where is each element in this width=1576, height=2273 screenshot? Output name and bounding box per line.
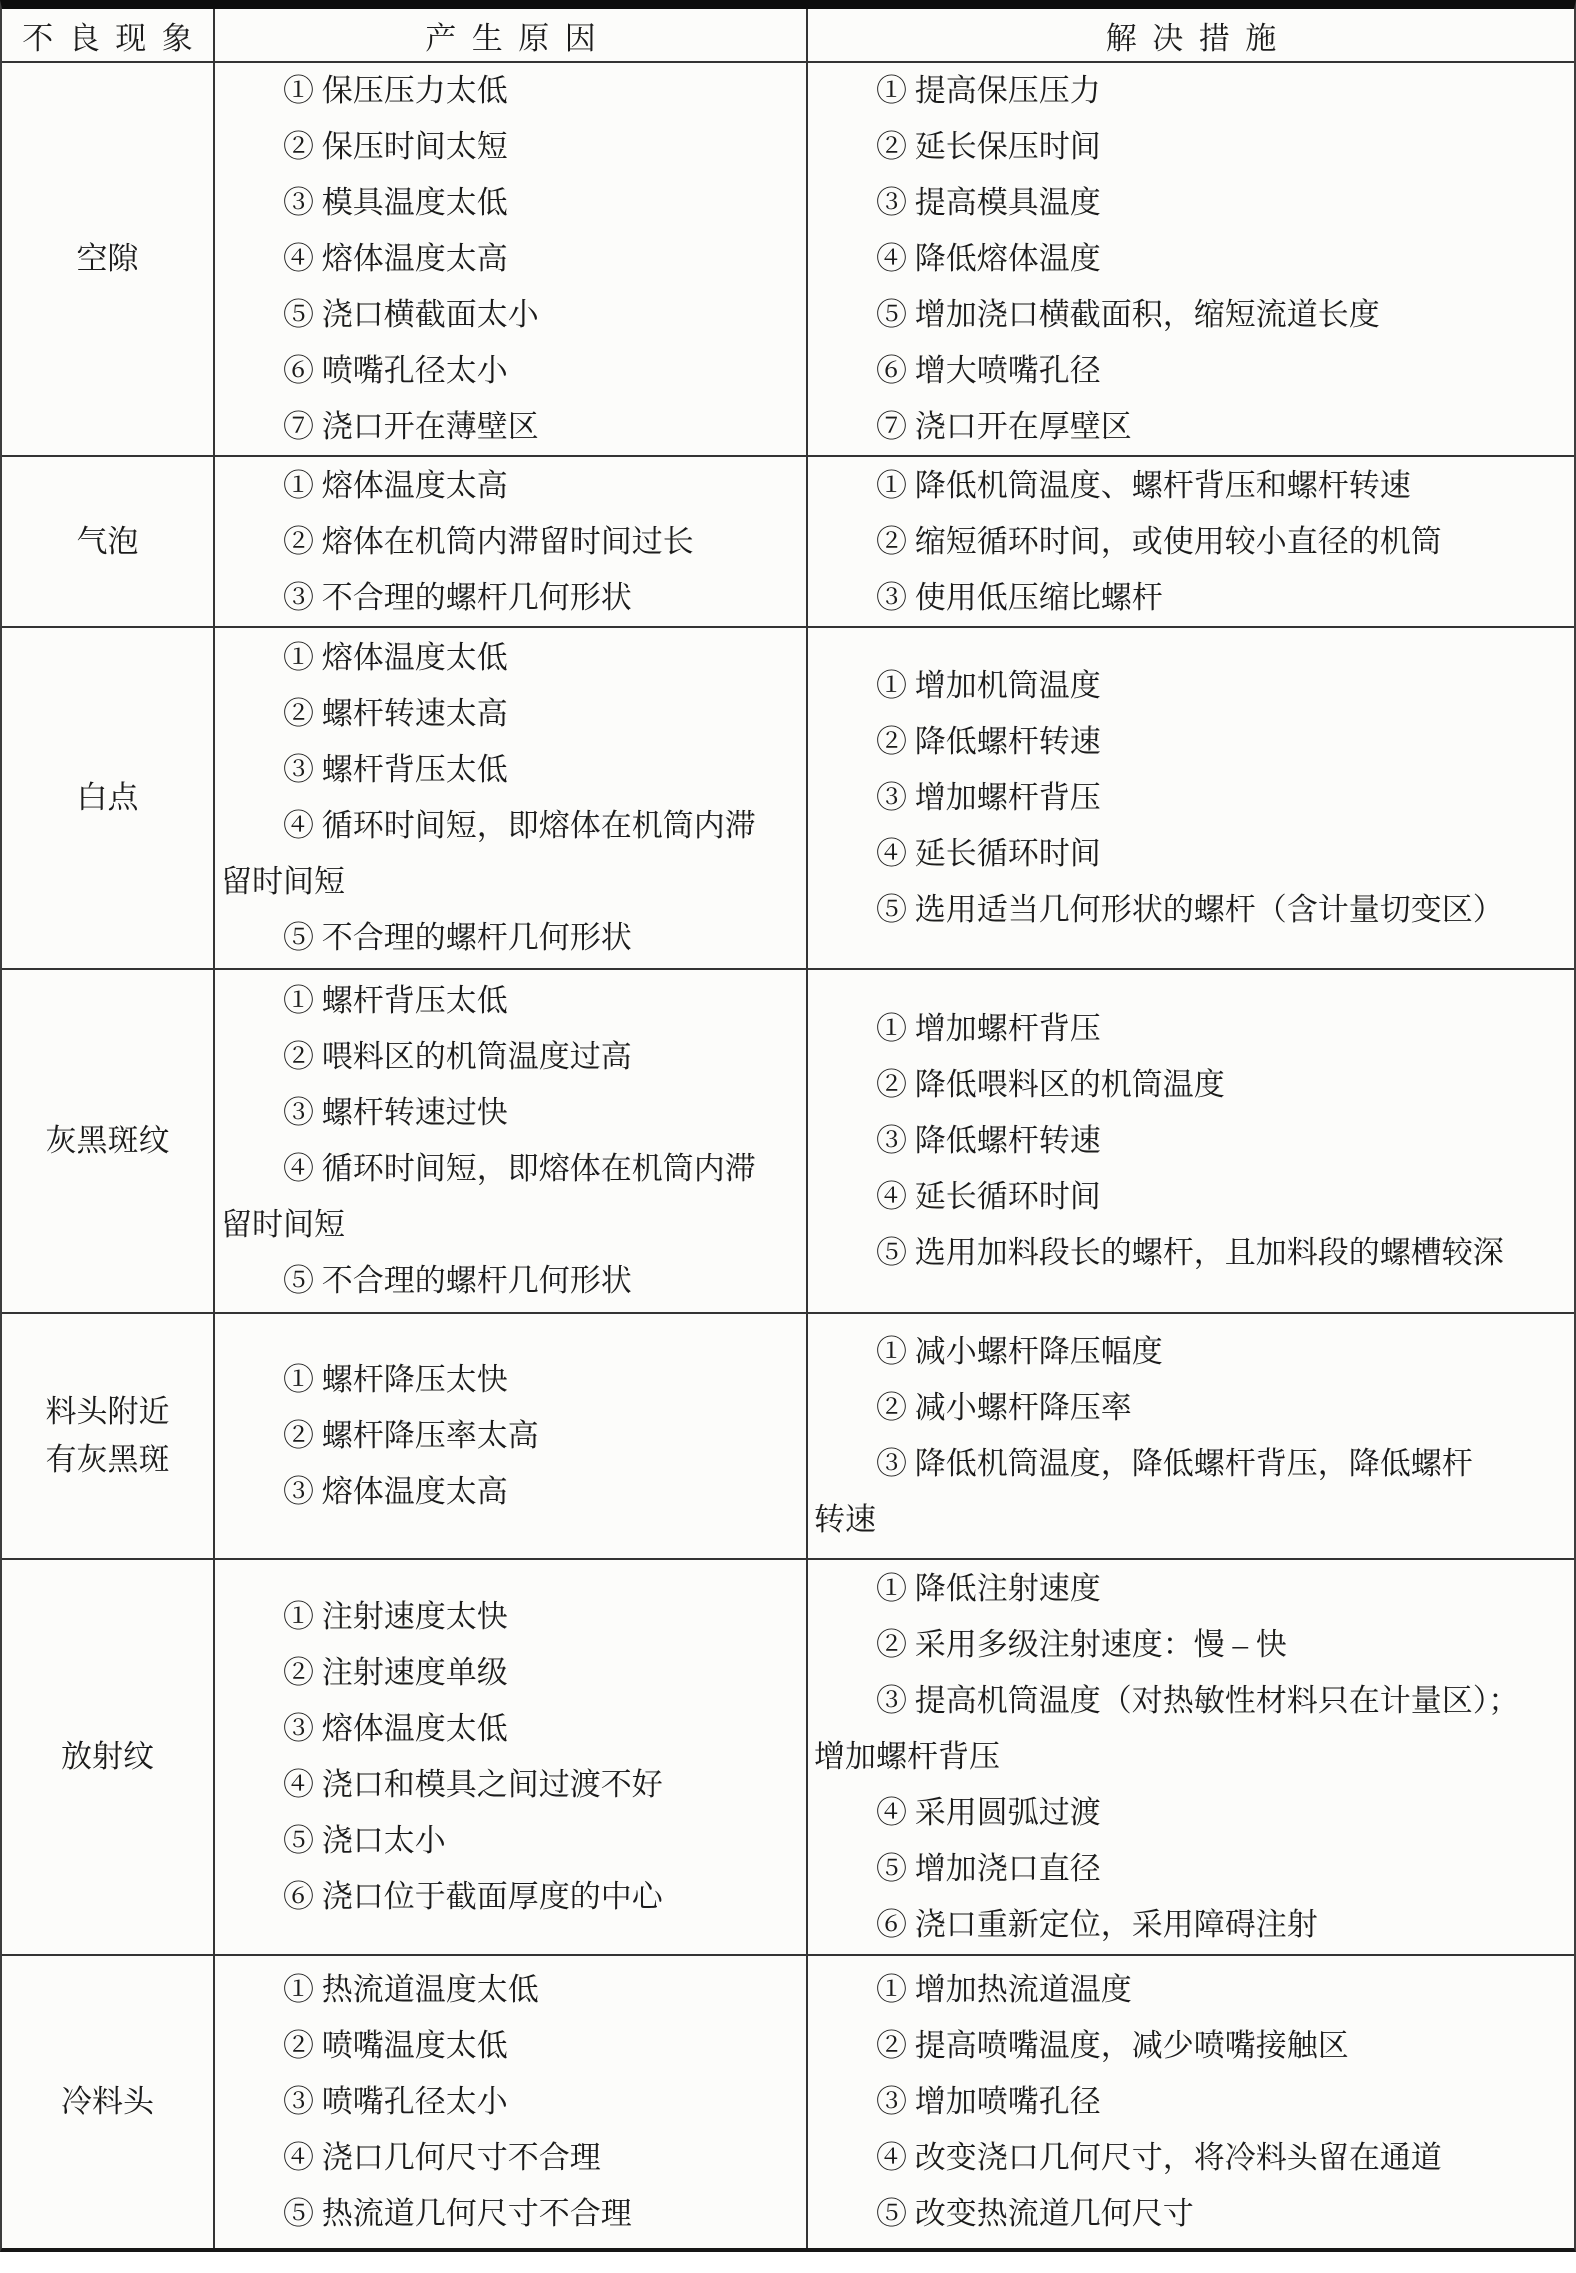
solutions-cell: ① 提高保压压力② 延长保压时间③ 提高模具温度④ 降低熔体温度⑤ 增加浇口横截… bbox=[808, 63, 1574, 457]
cause-item: ① 保压压力太低 bbox=[221, 63, 800, 119]
cause-item: ④ 浇口和模具之间过渡不好 bbox=[221, 1757, 800, 1813]
scanned-page: 不良现象 产生原因 解决措施 空隙 ① 保压压力太低② 保压时间太短③ 模具温度… bbox=[0, 0, 1576, 2252]
solution-item: ④ 延长循环时间 bbox=[814, 826, 1568, 882]
solutions-list: ① 提高保压压力② 延长保压时间③ 提高模具温度④ 降低熔体温度⑤ 增加浇口横截… bbox=[808, 63, 1574, 455]
cause-item: ⑦ 浇口开在薄壁区 bbox=[221, 399, 800, 455]
solution-item: ② 缩短循环时间，或使用较小直径的机筒 bbox=[814, 514, 1568, 570]
causes-cell: ① 螺杆背压太低② 喂料区的机筒温度过高③ 螺杆转速过快④ 循环时间短，即熔体在… bbox=[215, 970, 808, 1314]
solution-item: ⑤ 改变热流道几何尺寸 bbox=[814, 2186, 1568, 2242]
phenomenon-cell: 冷料头 bbox=[2, 1956, 215, 2248]
phenomenon-cell: 气泡 bbox=[2, 457, 215, 628]
header-cause-label: 产生原因 bbox=[410, 13, 612, 58]
solutions-cell: ① 增加螺杆背压② 降低喂料区的机筒温度③ 降低螺杆转速④ 延长循环时间⑤ 选用… bbox=[808, 970, 1574, 1314]
causes-cell: ① 注射速度太快② 注射速度单级③ 熔体温度太低④ 浇口和模具之间过渡不好⑤ 浇… bbox=[215, 1560, 808, 1956]
table-header-row: 不良现象 产生原因 解决措施 bbox=[2, 9, 1574, 63]
solutions-cell: ① 降低机筒温度、螺杆背压和螺杆转速② 缩短循环时间，或使用较小直径的机筒③ 使… bbox=[808, 457, 1574, 628]
table-body: 空隙 ① 保压压力太低② 保压时间太短③ 模具温度太低④ 熔体温度太高⑤ 浇口横… bbox=[2, 63, 1574, 2248]
causes-list: ① 螺杆背压太低② 喂料区的机筒温度过高③ 螺杆转速过快④ 循环时间短，即熔体在… bbox=[215, 973, 806, 1309]
phenomenon-cell: 放射纹 bbox=[2, 1560, 215, 1956]
solutions-list: ① 增加热流道温度② 提高喷嘴温度，减少喷嘴接触区③ 增加喷嘴孔径④ 改变浇口几… bbox=[808, 1962, 1574, 2242]
cause-item: ③ 喷嘴孔径太小 bbox=[221, 2074, 800, 2130]
solution-item: ④ 采用圆弧过渡 bbox=[814, 1785, 1568, 1841]
solution-item: ① 提高保压压力 bbox=[814, 63, 1568, 119]
header-phenomenon-label: 不良现象 bbox=[7, 13, 209, 58]
solution-item: ⑥ 浇口重新定位，采用障碍注射 bbox=[814, 1897, 1568, 1953]
solution-item: ① 增加热流道温度 bbox=[814, 1962, 1568, 2018]
phenomenon-cell: 灰黑斑纹 bbox=[2, 970, 215, 1314]
solutions-list: ① 减小螺杆降压幅度② 减小螺杆降压率③ 降低机筒温度，降低螺杆背压，降低螺杆 … bbox=[808, 1324, 1574, 1548]
table-header: 不良现象 产生原因 解决措施 bbox=[2, 9, 1574, 63]
solutions-cell: ① 降低注射速度② 采用多级注射速度：慢 – 快③ 提高机筒温度（对热敏性材料只… bbox=[808, 1560, 1574, 1956]
solution-item: ⑤ 选用加料段长的螺杆，且加料段的螺槽较深 bbox=[814, 1225, 1568, 1281]
causes-list: ① 螺杆降压太快② 螺杆降压率太高③ 熔体温度太高 bbox=[215, 1352, 806, 1520]
header-solution-label: 解决措施 bbox=[1090, 13, 1292, 58]
solutions-list: ① 降低机筒温度、螺杆背压和螺杆转速② 缩短循环时间，或使用较小直径的机筒③ 使… bbox=[808, 458, 1574, 626]
solution-item: ② 延长保压时间 bbox=[814, 119, 1568, 175]
causes-cell: ① 热流道温度太低② 喷嘴温度太低③ 喷嘴孔径太小④ 浇口几何尺寸不合理⑤ 热流… bbox=[215, 1956, 808, 2248]
cause-item: ② 螺杆转速太高 bbox=[221, 686, 800, 742]
solution-item: ① 增加机筒温度 bbox=[814, 658, 1568, 714]
causes-list: ① 保压压力太低② 保压时间太短③ 模具温度太低④ 熔体温度太高⑤ 浇口横截面太… bbox=[215, 63, 806, 455]
solution-item: ③ 增加螺杆背压 bbox=[814, 770, 1568, 826]
solutions-list: ① 降低注射速度② 采用多级注射速度：慢 – 快③ 提高机筒温度（对热敏性材料只… bbox=[808, 1561, 1574, 1953]
cause-item: ① 热流道温度太低 bbox=[221, 1962, 800, 2018]
cause-item: ⑤ 浇口太小 bbox=[221, 1813, 800, 1869]
phenomenon-cell: 白点 bbox=[2, 628, 215, 970]
cause-item: ① 熔体温度太高 bbox=[221, 458, 800, 514]
phenomenon-cell: 空隙 bbox=[2, 63, 215, 457]
phenomenon-label: 白点 bbox=[77, 774, 139, 822]
phenomenon-label: 料头附近有灰黑斑 bbox=[35, 1388, 181, 1484]
solution-item: ③ 使用低压缩比螺杆 bbox=[814, 570, 1568, 626]
solution-item: ⑤ 增加浇口直径 bbox=[814, 1841, 1568, 1897]
causes-list: ① 熔体温度太低② 螺杆转速太高③ 螺杆背压太低④ 循环时间短，即熔体在机筒内滞… bbox=[215, 630, 806, 966]
solution-item: ④ 改变浇口几何尺寸，将冷料头留在通道 bbox=[814, 2130, 1568, 2186]
phenomenon-label: 灰黑斑纹 bbox=[46, 1117, 170, 1165]
header-cause: 产生原因 bbox=[215, 9, 808, 63]
solution-item: ① 增加螺杆背压 bbox=[814, 1001, 1568, 1057]
solution-item: ⑤ 增加浇口横截面积，缩短流道长度 bbox=[814, 287, 1568, 343]
table-row: 灰黑斑纹 ① 螺杆背压太低② 喂料区的机筒温度过高③ 螺杆转速过快④ 循环时间短… bbox=[2, 970, 1574, 1314]
table-row: 白点 ① 熔体温度太低② 螺杆转速太高③ 螺杆背压太低④ 循环时间短，即熔体在机… bbox=[2, 628, 1574, 970]
cause-item: ② 喂料区的机筒温度过高 bbox=[221, 1029, 800, 1085]
cause-item: ② 注射速度单级 bbox=[221, 1645, 800, 1701]
solutions-list: ① 增加螺杆背压② 降低喂料区的机筒温度③ 降低螺杆转速④ 延长循环时间⑤ 选用… bbox=[808, 1001, 1574, 1281]
cause-item: ③ 不合理的螺杆几何形状 bbox=[221, 570, 800, 626]
cause-item: ④ 循环时间短，即熔体在机筒内滞 留时间短 bbox=[221, 1141, 800, 1253]
solution-item: ⑦ 浇口开在厚壁区 bbox=[814, 399, 1568, 455]
cause-item: ④ 熔体温度太高 bbox=[221, 231, 800, 287]
cause-item: ③ 熔体温度太低 bbox=[221, 1701, 800, 1757]
solution-item: ① 降低机筒温度、螺杆背压和螺杆转速 bbox=[814, 458, 1568, 514]
header-phenomenon: 不良现象 bbox=[2, 9, 215, 63]
phenomenon-label: 放射纹 bbox=[61, 1733, 154, 1781]
table-row: 冷料头 ① 热流道温度太低② 喷嘴温度太低③ 喷嘴孔径太小④ 浇口几何尺寸不合理… bbox=[2, 1956, 1574, 2248]
cause-item: ② 螺杆降压率太高 bbox=[221, 1408, 800, 1464]
solution-item: ② 降低螺杆转速 bbox=[814, 714, 1568, 770]
causes-cell: ① 熔体温度太高② 熔体在机筒内滞留时间过长③ 不合理的螺杆几何形状 bbox=[215, 457, 808, 628]
cause-item: ④ 浇口几何尺寸不合理 bbox=[221, 2130, 800, 2186]
solution-item: ① 减小螺杆降压幅度 bbox=[814, 1324, 1568, 1380]
cause-item: ① 熔体温度太低 bbox=[221, 630, 800, 686]
causes-list: ① 热流道温度太低② 喷嘴温度太低③ 喷嘴孔径太小④ 浇口几何尺寸不合理⑤ 热流… bbox=[215, 1962, 806, 2242]
cause-item: ① 螺杆背压太低 bbox=[221, 973, 800, 1029]
table-row: 料头附近有灰黑斑 ① 螺杆降压太快② 螺杆降压率太高③ 熔体温度太高 ① 减小螺… bbox=[2, 1314, 1574, 1560]
header-solution: 解决措施 bbox=[808, 9, 1574, 63]
cause-item: ③ 螺杆转速过快 bbox=[221, 1085, 800, 1141]
solution-item: ⑥ 增大喷嘴孔径 bbox=[814, 343, 1568, 399]
solution-item: ④ 延长循环时间 bbox=[814, 1169, 1568, 1225]
cause-item: ② 喷嘴温度太低 bbox=[221, 2018, 800, 2074]
cause-item: ③ 模具温度太低 bbox=[221, 175, 800, 231]
solution-item: ② 采用多级注射速度：慢 – 快 bbox=[814, 1617, 1568, 1673]
solutions-list: ① 增加机筒温度② 降低螺杆转速③ 增加螺杆背压④ 延长循环时间⑤ 选用适当几何… bbox=[808, 658, 1574, 938]
solution-item: ③ 提高模具温度 bbox=[814, 175, 1568, 231]
table-row: 气泡 ① 熔体温度太高② 熔体在机筒内滞留时间过长③ 不合理的螺杆几何形状 ① … bbox=[2, 457, 1574, 628]
cause-item: ① 螺杆降压太快 bbox=[221, 1352, 800, 1408]
causes-list: ① 熔体温度太高② 熔体在机筒内滞留时间过长③ 不合理的螺杆几何形状 bbox=[215, 458, 806, 626]
defect-table: 不良现象 产生原因 解决措施 空隙 ① 保压压力太低② 保压时间太短③ 模具温度… bbox=[0, 0, 1576, 2252]
cause-item: ③ 螺杆背压太低 bbox=[221, 742, 800, 798]
solution-item: ⑤ 选用适当几何形状的螺杆（含计量切变区） bbox=[814, 882, 1568, 938]
phenomenon-cell: 料头附近有灰黑斑 bbox=[2, 1314, 215, 1560]
solution-item: ④ 降低熔体温度 bbox=[814, 231, 1568, 287]
solutions-cell: ① 减小螺杆降压幅度② 减小螺杆降压率③ 降低机筒温度，降低螺杆背压，降低螺杆 … bbox=[808, 1314, 1574, 1560]
solution-item: ③ 增加喷嘴孔径 bbox=[814, 2074, 1568, 2130]
solution-item: ③ 降低机筒温度，降低螺杆背压，降低螺杆 转速 bbox=[814, 1436, 1568, 1548]
solution-item: ① 降低注射速度 bbox=[814, 1561, 1568, 1617]
solution-item: ③ 降低螺杆转速 bbox=[814, 1113, 1568, 1169]
cause-item: ⑥ 喷嘴孔径太小 bbox=[221, 343, 800, 399]
cause-item: ⑤ 不合理的螺杆几何形状 bbox=[221, 1253, 800, 1309]
phenomenon-label: 空隙 bbox=[77, 235, 139, 283]
solution-item: ② 降低喂料区的机筒温度 bbox=[814, 1057, 1568, 1113]
cause-item: ② 保压时间太短 bbox=[221, 119, 800, 175]
phenomenon-label: 气泡 bbox=[77, 518, 139, 566]
solution-item: ② 提高喷嘴温度，减少喷嘴接触区 bbox=[814, 2018, 1568, 2074]
causes-list: ① 注射速度太快② 注射速度单级③ 熔体温度太低④ 浇口和模具之间过渡不好⑤ 浇… bbox=[215, 1589, 806, 1925]
table-row: 空隙 ① 保压压力太低② 保压时间太短③ 模具温度太低④ 熔体温度太高⑤ 浇口横… bbox=[2, 63, 1574, 457]
causes-cell: ① 螺杆降压太快② 螺杆降压率太高③ 熔体温度太高 bbox=[215, 1314, 808, 1560]
causes-cell: ① 保压压力太低② 保压时间太短③ 模具温度太低④ 熔体温度太高⑤ 浇口横截面太… bbox=[215, 63, 808, 457]
cause-item: ⑤ 热流道几何尺寸不合理 bbox=[221, 2186, 800, 2242]
cause-item: ② 熔体在机筒内滞留时间过长 bbox=[221, 514, 800, 570]
causes-cell: ① 熔体温度太低② 螺杆转速太高③ 螺杆背压太低④ 循环时间短，即熔体在机筒内滞… bbox=[215, 628, 808, 970]
solutions-cell: ① 增加机筒温度② 降低螺杆转速③ 增加螺杆背压④ 延长循环时间⑤ 选用适当几何… bbox=[808, 628, 1574, 970]
solutions-cell: ① 增加热流道温度② 提高喷嘴温度，减少喷嘴接触区③ 增加喷嘴孔径④ 改变浇口几… bbox=[808, 1956, 1574, 2248]
cause-item: ⑥ 浇口位于截面厚度的中心 bbox=[221, 1869, 800, 1925]
cause-item: ④ 循环时间短，即熔体在机筒内滞 留时间短 bbox=[221, 798, 800, 910]
solution-item: ③ 提高机筒温度（对热敏性材料只在计量区）； 增加螺杆背压 bbox=[814, 1673, 1568, 1785]
cause-item: ⑤ 浇口横截面太小 bbox=[221, 287, 800, 343]
cause-item: ⑤ 不合理的螺杆几何形状 bbox=[221, 910, 800, 966]
cause-item: ③ 熔体温度太高 bbox=[221, 1464, 800, 1520]
table-row: 放射纹 ① 注射速度太快② 注射速度单级③ 熔体温度太低④ 浇口和模具之间过渡不… bbox=[2, 1560, 1574, 1956]
phenomenon-label: 冷料头 bbox=[61, 2078, 154, 2126]
solution-item: ② 减小螺杆降压率 bbox=[814, 1380, 1568, 1436]
cause-item: ① 注射速度太快 bbox=[221, 1589, 800, 1645]
